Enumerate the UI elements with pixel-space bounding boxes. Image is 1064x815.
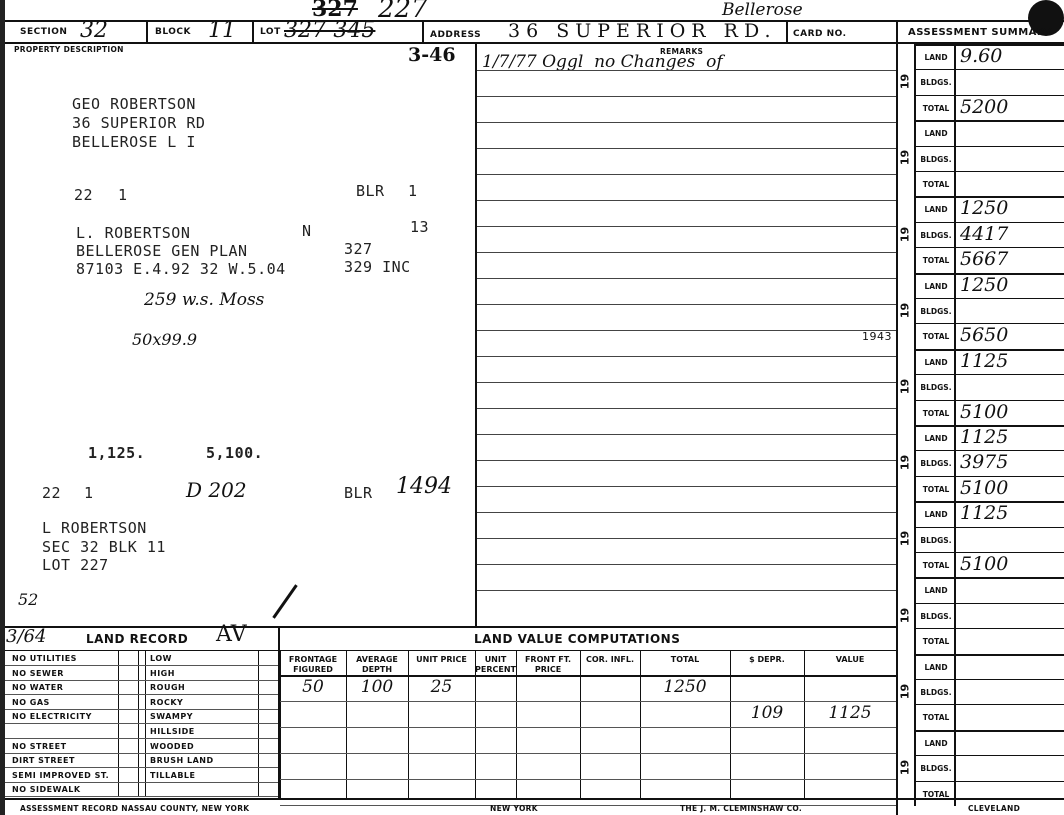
summary-bldgs-label: BLDGS. [918, 612, 954, 621]
summary-land-label: LAND [918, 434, 954, 443]
ref-b-2: 1 [84, 484, 94, 502]
summary-bldgs-label: BLDGS. [918, 764, 954, 773]
summary-total-label: TOTAL [918, 637, 954, 646]
land-record-mark: AV [216, 622, 247, 647]
lvc-cell[interactable]: 109 [730, 703, 804, 723]
summary-land-label: LAND [918, 663, 954, 672]
lvc-column-header: COR. INFL. [580, 655, 640, 665]
summary-total-label: TOTAL [918, 409, 954, 418]
land-record-right-item: ROCKY [150, 698, 183, 707]
lvc-column-header: TOTAL [640, 655, 730, 665]
blr-label-1: BLR [356, 182, 385, 200]
section-value[interactable]: 32 [80, 18, 108, 43]
summary-land-label: LAND [918, 586, 954, 595]
owner-street-1: 36 SUPERIOR RD [72, 114, 205, 132]
land-record-left-item: NO SIDEWALK [12, 785, 81, 794]
hand-note-moss: 259 w.s. Moss [144, 290, 264, 310]
summary-year: 19 [899, 301, 912, 319]
lvc-cell[interactable]: 1125 [804, 703, 896, 723]
summary-land-label: LAND [918, 53, 954, 62]
land-record-right-item: HIGH [150, 669, 175, 678]
summary-total-label: TOTAL [918, 485, 954, 494]
property-description-label: PROPERTY DESCRIPTION [14, 45, 124, 54]
footer-right: CLEVELAND [968, 804, 1020, 813]
assessment-summary-label: ASSESSMENT SUMMARY [908, 27, 1052, 38]
blr-label-2: BLR [344, 484, 373, 502]
land-record-right-item: WOODED [150, 742, 194, 751]
summary-land-label: LAND [918, 282, 954, 291]
summary-land-value[interactable]: 9.60 [960, 45, 1060, 67]
summary-year: 19 [899, 454, 912, 472]
land-record-right-item: SWAMPY [150, 712, 193, 721]
land-record-left-item: NO SEWER [12, 669, 64, 678]
lvc-column-header: FRONT FT. PRICE [516, 655, 580, 675]
lvc-title: LAND VALUE COMPUTATIONS [474, 632, 680, 646]
land-record-left-item: NO UTILITIES [12, 654, 77, 663]
corner-note: 3-46 [408, 44, 456, 66]
address-value[interactable]: 36 SUPERIOR RD. [508, 20, 777, 42]
summary-total-value[interactable]: 5200 [960, 96, 1060, 118]
lot-327: 327 [344, 240, 373, 258]
section-label: SECTION [20, 27, 67, 37]
n-mark: N [302, 222, 312, 240]
land-record-right-item: BRUSH LAND [150, 756, 214, 765]
land-record-left-item: NO GAS [12, 698, 50, 707]
summary-total-label: TOTAL [918, 256, 954, 265]
deed-ref: D 202 [186, 478, 247, 502]
land-record-left-item: DIRT STREET [12, 756, 75, 765]
address-label: ADDRESS [430, 30, 481, 40]
summary-year: 19 [899, 530, 912, 548]
sec-blk: SEC 32 BLK 11 [42, 538, 166, 556]
summary-land-value[interactable]: 1125 [960, 502, 1060, 524]
lot-value[interactable]: 327-345 [284, 18, 375, 43]
summary-land-label: LAND [918, 129, 954, 138]
land-record-title: LAND RECORD [86, 632, 188, 646]
summary-year: 19 [899, 377, 912, 395]
summary-bldgs-label: BLDGS. [918, 307, 954, 316]
lvc-cell[interactable]: 1250 [640, 677, 730, 697]
lvc-column-header: UNIT PRICE [408, 655, 475, 665]
ref-a-1: 22 [74, 186, 93, 204]
blr-num-2: 1494 [396, 474, 452, 499]
summary-total-label: TOTAL [918, 332, 954, 341]
footer-printer: THE J. M. CLEMINSHAW CO. [680, 804, 802, 813]
footer-left: ASSESSMENT RECORD NASSAU COUNTY, NEW YOR… [20, 804, 249, 813]
summary-land-value[interactable]: 1125 [960, 350, 1060, 372]
land-record-right-item: HILLSIDE [150, 727, 195, 736]
summary-land-value[interactable]: 1250 [960, 197, 1060, 219]
total-value-typed: 5,100. [206, 444, 263, 462]
summary-bldgs-value[interactable]: 3975 [960, 451, 1060, 473]
summary-year: 19 [899, 225, 912, 243]
summary-land-label: LAND [918, 739, 954, 748]
summary-year: 19 [899, 73, 912, 91]
land-record-left-item: NO STREET [12, 742, 67, 751]
summary-land-label: LAND [918, 510, 954, 519]
lvc-column-header: UNIT PERCENT [475, 655, 516, 675]
summary-year: 19 [899, 682, 912, 700]
land-record-right-item: TILLABLE [150, 771, 195, 780]
lvc-column-header: $ DEPR. [730, 655, 804, 665]
remarks-lines [477, 44, 896, 626]
owner-name-2: L. ROBERTSON [76, 224, 190, 242]
block-label: BLOCK [155, 27, 191, 37]
summary-bldgs-label: BLDGS. [918, 383, 954, 392]
owner-name-1: GEO ROBERTSON [72, 95, 196, 113]
summary-year: 19 [899, 606, 912, 624]
land-record-left-item: NO WATER [12, 683, 63, 692]
ref-a-2: 22 [42, 484, 61, 502]
summary-total-value[interactable]: 5667 [960, 248, 1060, 270]
bottom-scribble: 52 [18, 590, 38, 609]
land-record-right-item: LOW [150, 654, 172, 663]
hand-note-dimensions: 50x99.9 [132, 330, 197, 349]
summary-land-value[interactable]: 1250 [960, 274, 1060, 296]
summary-year: 19 [899, 758, 912, 776]
owner-name-3: L ROBERTSON [42, 519, 147, 537]
remarks-year: 1943 [862, 330, 892, 343]
summary-bldgs-label: BLDGS. [918, 688, 954, 697]
town-handwritten: Bellerose [722, 0, 803, 20]
plan-name: BELLEROSE GEN PLAN [76, 242, 248, 260]
summary-total-label: TOTAL [918, 713, 954, 722]
owner-town-1: BELLEROSE L I [72, 133, 196, 151]
blr-num-1: 1 [408, 182, 418, 200]
block-value[interactable]: 11 [208, 18, 236, 43]
footer-middle: NEW YORK [490, 804, 538, 813]
summary-bldgs-label: BLDGS. [918, 78, 954, 87]
card-no-label: CARD NO. [793, 29, 847, 39]
lvc-column-header: FRONTAGE FIGURED [280, 655, 346, 675]
summary-bldgs-label: BLDGS. [918, 231, 954, 240]
lot-label: LOT [260, 27, 281, 37]
num-13: 13 [410, 218, 429, 236]
lot-329: 329 INC [344, 258, 411, 276]
land-record-right-item: ROUGH [150, 683, 185, 692]
card-left-edge [0, 0, 5, 815]
summary-total-value[interactable]: 5100 [960, 477, 1060, 499]
land-record-left-item: SEMI IMPROVED ST. [12, 771, 109, 780]
summary-total-label: TOTAL [918, 104, 954, 113]
plan-coords: 87103 E.4.92 32 W.5.04 [76, 260, 286, 278]
summary-land-label: LAND [918, 358, 954, 367]
summary-total-label: TOTAL [918, 180, 954, 189]
summary-total-value[interactable]: 5650 [960, 324, 1060, 346]
lvc-column-header: AVERAGE DEPTH [346, 655, 408, 675]
lvc-cell[interactable]: 100 [346, 677, 408, 697]
lvc-cell[interactable]: 50 [280, 677, 346, 697]
lvc-column-header: VALUE [804, 655, 896, 665]
summary-year: 19 [899, 149, 912, 167]
summary-bldgs-label: BLDGS. [918, 536, 954, 545]
lot-227: LOT 227 [42, 556, 109, 574]
lvc-cell[interactable]: 25 [408, 677, 475, 697]
ref-b-1: 1 [118, 186, 128, 204]
summary-land-label: LAND [918, 205, 954, 214]
land-record-code: 3/64 [6, 626, 46, 647]
summary-bldgs-value[interactable]: 4417 [960, 223, 1060, 245]
summary-total-value[interactable]: 5100 [960, 553, 1060, 575]
summary-bldgs-label: BLDGS. [918, 459, 954, 468]
summary-total-value[interactable]: 5100 [960, 401, 1060, 423]
summary-bldgs-label: BLDGS. [918, 155, 954, 164]
land-value-typed: 1,125. [88, 444, 145, 462]
summary-total-label: TOTAL [918, 561, 954, 570]
land-record-left-item: NO ELECTRICITY [12, 712, 92, 721]
summary-land-value[interactable]: 1125 [960, 426, 1060, 448]
